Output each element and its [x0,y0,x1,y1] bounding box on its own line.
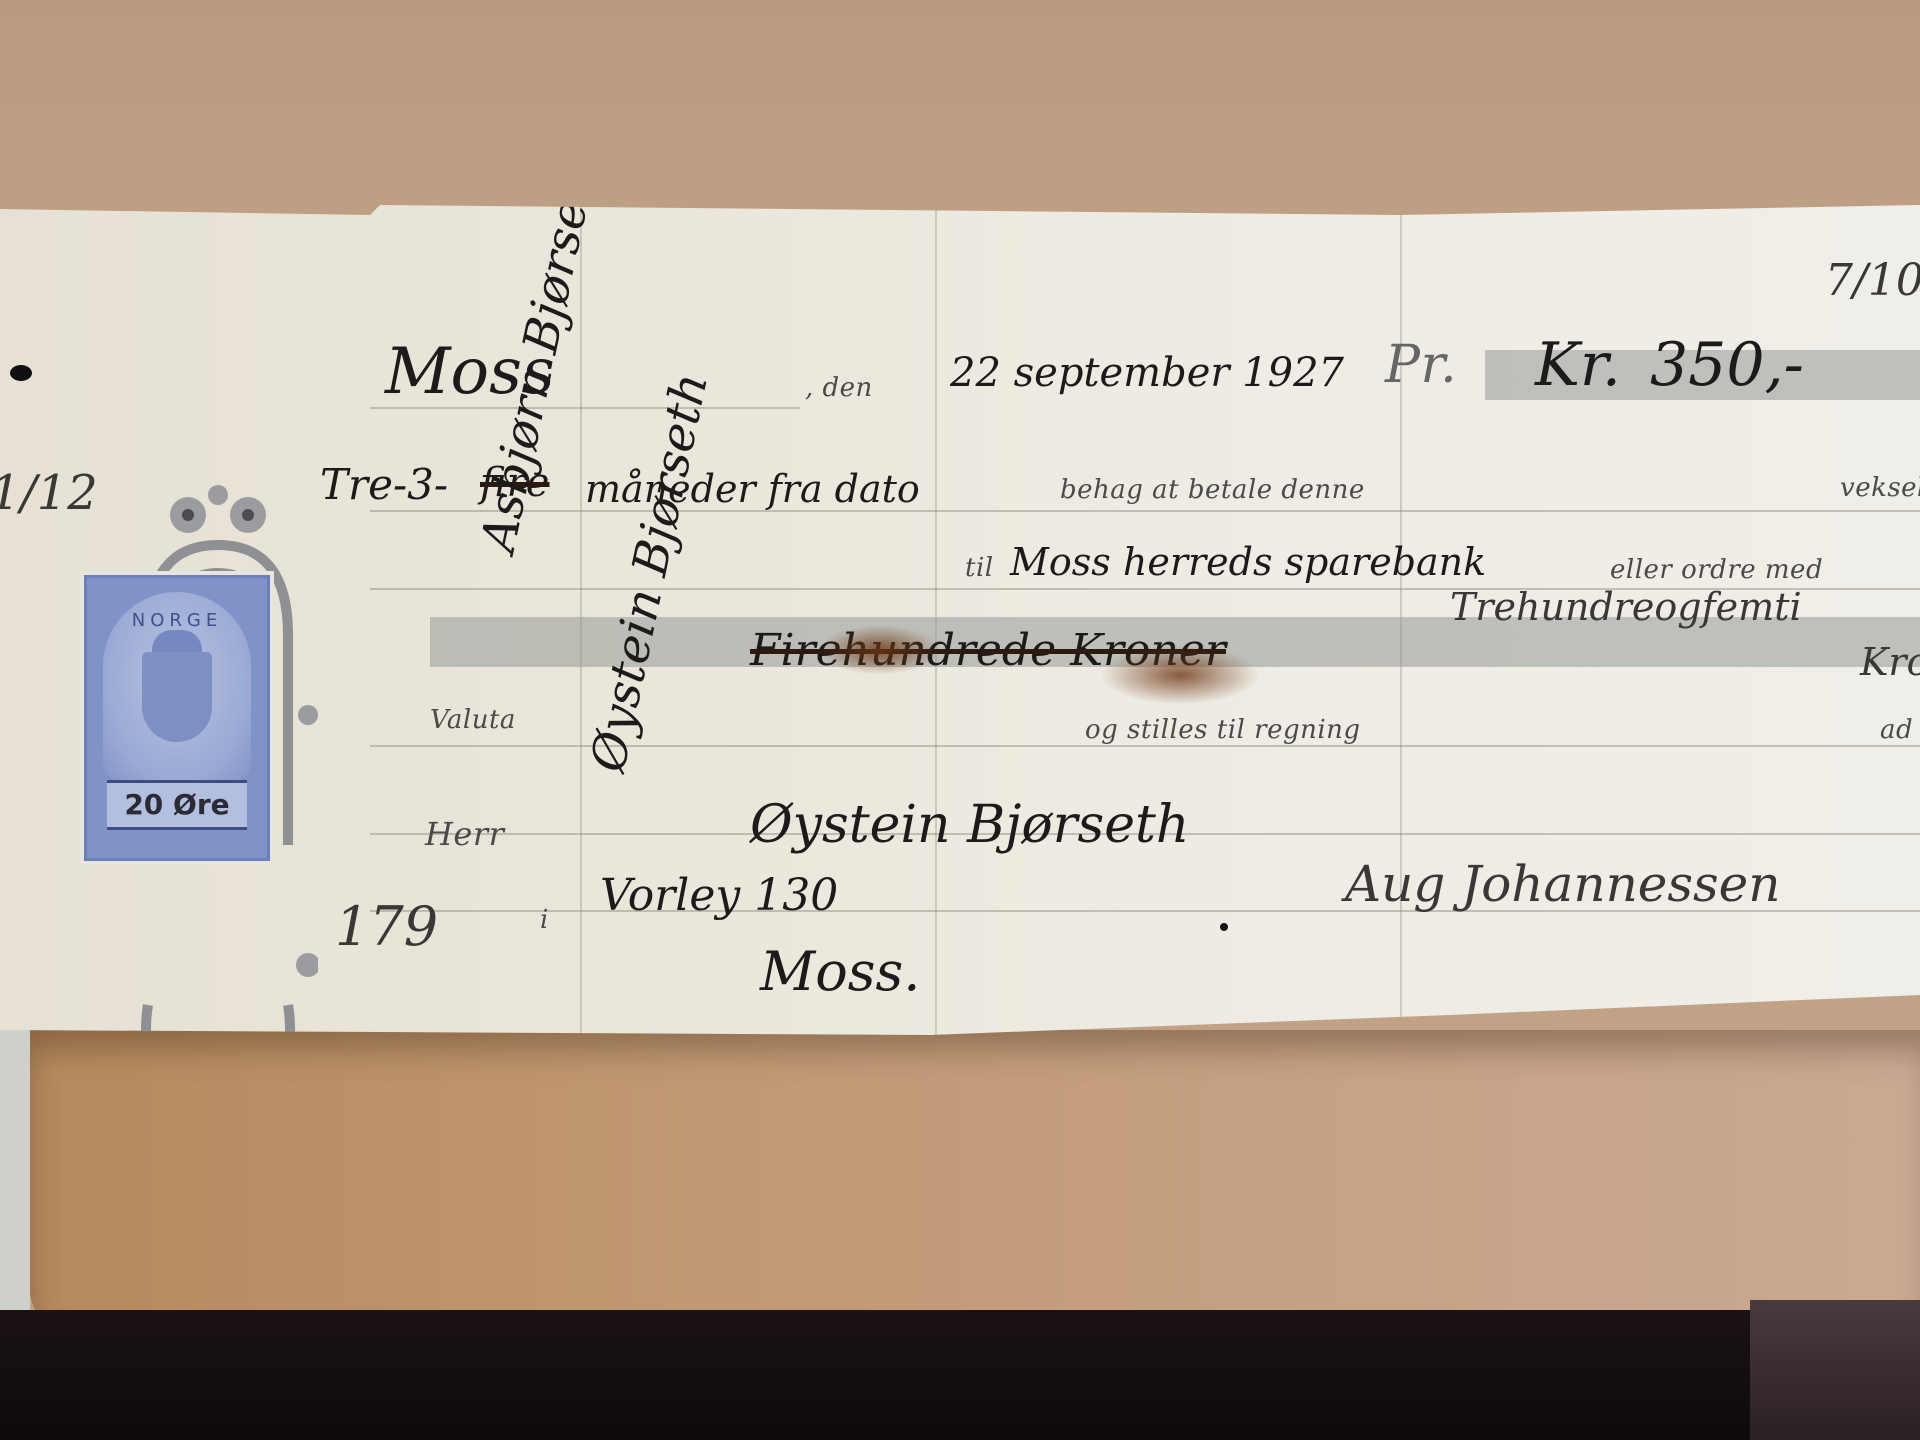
left-margin-number: 1/12 [0,465,98,521]
ink-blot [10,365,32,381]
date-label: , den [805,373,873,403]
amount-prefix: Pr. [1385,335,1457,395]
account-label: og stilles til regning [1085,715,1361,745]
in-label: i [540,905,549,935]
promissory-note: NORGE 20 Øre 1/12 Moss , den 22 septembe… [0,205,1920,1035]
amount-words-replacement: Trehundreogfemti [1450,585,1802,629]
endorsement-vertical: Øystein Bjørseth [580,368,719,776]
currency-word: Kroner [1860,640,1920,684]
bill-label: veksel [1840,473,1920,503]
stamp-country: NORGE [103,610,251,631]
rust-stain [820,625,940,675]
backing-card [30,1030,1920,1330]
lion-shield-icon [142,652,212,742]
drawer-signature: Aug Johannessen [1345,855,1780,913]
drawee-city: Moss. [760,940,920,1003]
term: Tre-3- [320,460,448,509]
revenue-stamp: NORGE 20 Øre [84,575,270,861]
drawee-address: Vorley 130 [600,870,838,921]
payee: Moss herreds sparebank [1010,540,1486,584]
to-label: til [965,553,994,583]
rust-stain [1100,645,1260,705]
title-label: Herr [425,815,504,853]
stamp-field: NORGE [103,592,251,782]
currency-mark: Kr. [1535,330,1621,400]
side-number: 179 [335,895,438,958]
stamp-value: 20 Øre [107,780,247,830]
pay-label: behag at betale denne [1060,475,1365,505]
order-label: eller ordre med [1610,555,1823,585]
value-label: Valuta [430,705,516,735]
account-end-label: ad [1880,715,1913,745]
table-edge-corner [1750,1300,1920,1440]
ink-dot [1220,923,1228,931]
drawee-name: Øystein Bjørseth [750,795,1189,855]
amount: 350,- [1650,330,1804,400]
date: 22 september 1927 [950,350,1344,396]
background-strip [0,1020,30,1320]
table-edge [0,1310,1920,1440]
corner-note: 7/10. [1825,255,1920,306]
